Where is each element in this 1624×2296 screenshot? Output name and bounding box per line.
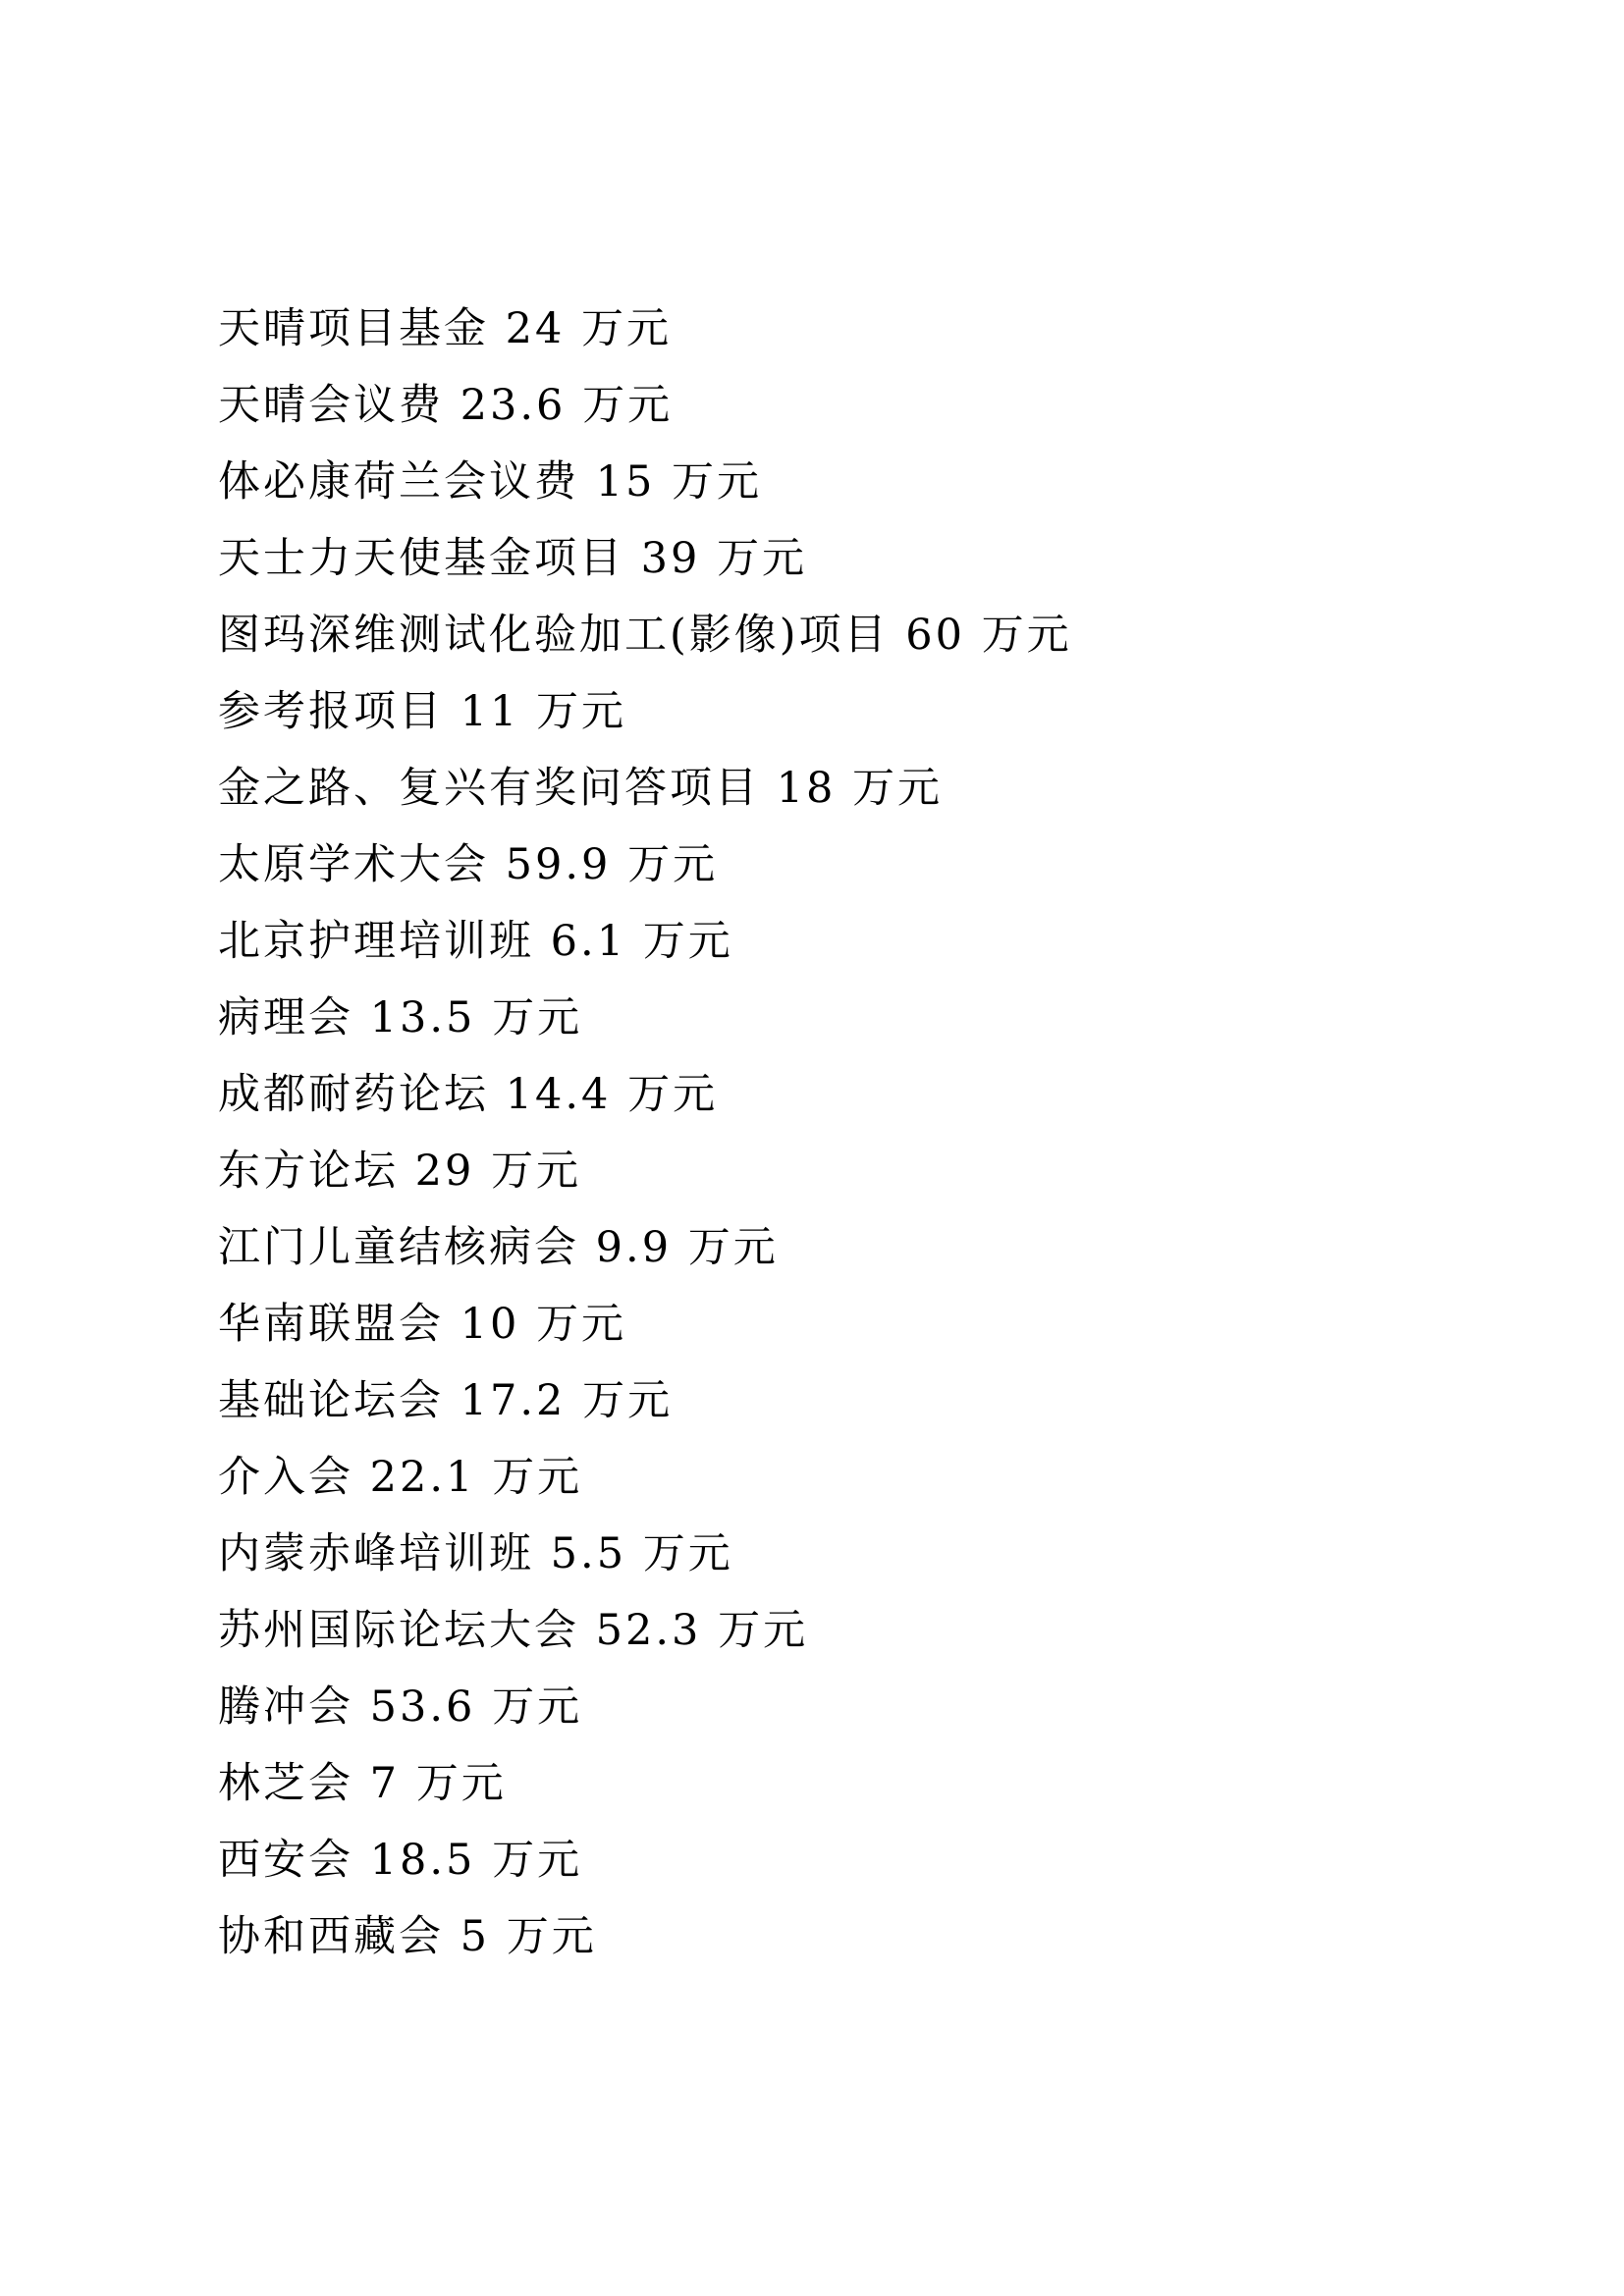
- expense-line: 太原学术大会 59.9 万元: [218, 827, 1494, 903]
- expense-line: 图玛深维测试化验加工(影像)项目 60 万元: [218, 597, 1494, 673]
- expense-line: 腾冲会 53.6 万元: [218, 1669, 1494, 1745]
- expense-line: 林芝会 7 万元: [218, 1745, 1494, 1822]
- expense-line: 协和西藏会 5 万元: [218, 1898, 1494, 1975]
- expense-line: 病理会 13.5 万元: [218, 980, 1494, 1056]
- expense-line: 西安会 18.5 万元: [218, 1822, 1494, 1898]
- expense-line: 基础论坛会 17.2 万元: [218, 1362, 1494, 1439]
- expense-line: 江门儿童结核病会 9.9 万元: [218, 1209, 1494, 1286]
- expense-line: 体必康荷兰会议费 15 万元: [218, 444, 1494, 520]
- expense-line: 天晴会议费 23.6 万元: [218, 367, 1494, 444]
- expense-line: 金之路、复兴有奖问答项目 18 万元: [218, 750, 1494, 827]
- expense-line: 苏州国际论坛大会 52.3 万元: [218, 1592, 1494, 1669]
- expense-line: 介入会 22.1 万元: [218, 1439, 1494, 1516]
- document-page: 天晴项目基金 24 万元 天晴会议费 23.6 万元 体必康荷兰会议费 15 万…: [0, 0, 1624, 2296]
- expense-list: 天晴项目基金 24 万元 天晴会议费 23.6 万元 体必康荷兰会议费 15 万…: [218, 291, 1494, 1975]
- expense-line: 成都耐药论坛 14.4 万元: [218, 1056, 1494, 1133]
- expense-line: 参考报项目 11 万元: [218, 673, 1494, 750]
- expense-line: 东方论坛 29 万元: [218, 1133, 1494, 1209]
- expense-line: 天晴项目基金 24 万元: [218, 291, 1494, 367]
- expense-line: 北京护理培训班 6.1 万元: [218, 903, 1494, 980]
- expense-line: 天士力天使基金项目 39 万元: [218, 520, 1494, 597]
- expense-line: 华南联盟会 10 万元: [218, 1286, 1494, 1362]
- expense-line: 内蒙赤峰培训班 5.5 万元: [218, 1516, 1494, 1592]
